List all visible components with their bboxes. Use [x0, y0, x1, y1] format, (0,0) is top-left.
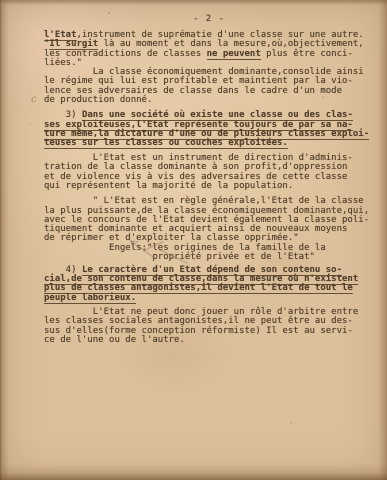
paper-speck [322, 96, 324, 98]
text-segment: propriété privée et de l'Etat" [44, 252, 315, 262]
pencil-margin-mark: . [29, 118, 32, 128]
paper-speck [290, 422, 292, 424]
typewritten-text: l'Etat,instrument de suprématie d'une cl… [44, 31, 376, 345]
text-line: qui représentent la majorité de la popul… [44, 182, 376, 191]
paragraph: L'Etat ne peut donc jouer un rôle d'arbi… [44, 308, 376, 345]
scanned-document-page: - 2 - l'Etat,instrument de suprématie d'… [0, 0, 387, 480]
paragraph: La classe économiquement dominante,conso… [44, 68, 376, 105]
text-segment: qui représentent la majorité de la popul… [44, 181, 293, 191]
paper-speck [108, 12, 110, 14]
text-segment: plus être conci- [261, 49, 353, 59]
underlined-text: peuple laborieux. [44, 293, 136, 304]
text-line: peuple laborieux. [44, 294, 376, 303]
pencil-margin-mark: c [30, 94, 37, 106]
paragraph: " L'Etat est en règle générale,l'Etat de… [44, 197, 376, 243]
text-line: ce de l'une ou de l'autre. [44, 336, 376, 345]
paragraph: 3) Dans une société où existe une classe… [44, 111, 376, 148]
text-line: les contradictions de classes ne peuvent… [44, 50, 376, 59]
text-line: propriété privée et de l'Etat" [44, 253, 376, 262]
paragraph: l'Etat,instrument de suprématie d'une cl… [44, 31, 376, 68]
text-line: de production donné. [44, 96, 376, 105]
paragraph: Engels:"les origines de la famille de la… [44, 244, 376, 263]
text-segment: de production donné. [44, 95, 152, 105]
underlined-text: ne peuvent [207, 49, 261, 60]
text-line: teuses sur les classes ou couches exploi… [44, 139, 376, 148]
page-number: - 2 - [44, 14, 374, 24]
paper-speck [62, 302, 64, 304]
paragraph: L'Etat est un instrument de direction d'… [44, 154, 376, 191]
text-segment: ce de l'une ou de l'autre. [44, 335, 185, 345]
paragraph: 4) Le caractère d'un Etat dépend de son … [44, 266, 376, 303]
underlined-text: teuses sur les classes ou couches exploi… [44, 138, 288, 149]
text-segment: 3) [44, 110, 82, 120]
